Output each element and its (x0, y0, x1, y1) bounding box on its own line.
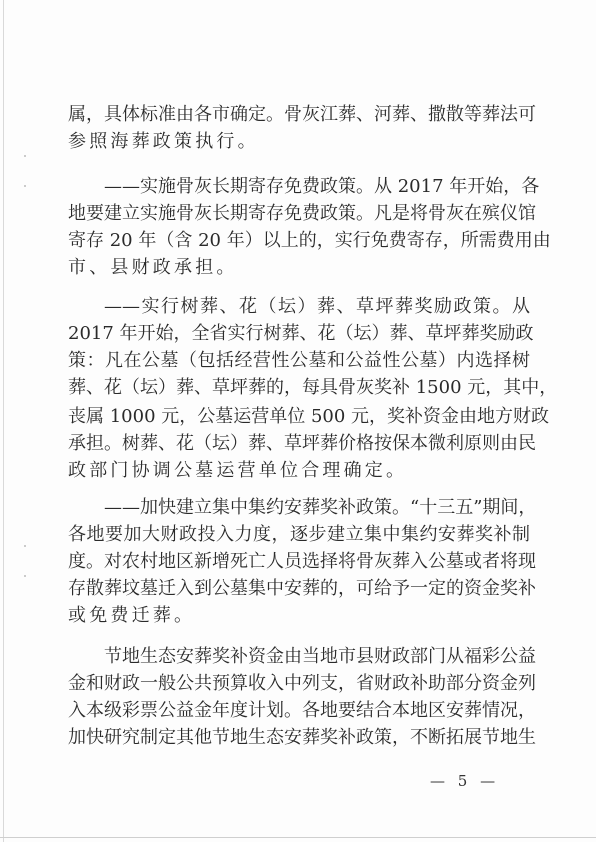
text-line: 金和财政一般公共预算收入中列支，省财政补助部分资金列 (68, 673, 530, 695)
text-line: 承担。树葬、花（坛）葬、草坪葬价格按保本微利原则由民 (68, 433, 530, 455)
text-line: 各地要加大财政投入力度，逐步建立集中集约安葬奖补制 (68, 524, 530, 546)
text-line: 2017 年开始，全省实行树葬、花（坛）葬、草坪葬奖励政 (68, 323, 530, 345)
text-line: 度。对农村地区新增死亡人员选择将骨灰葬入公墓或者将现 (68, 551, 530, 573)
text-line: 或免费迁葬。 (68, 605, 530, 627)
text-line: 策：凡在公墓（包括经营性公墓和公益性公墓）内选择树 (68, 350, 530, 372)
text-line: 加快研究制定其他节地生态安葬奖补政策，不断拓展节地生 (68, 727, 530, 749)
page-left-edge (3, 0, 4, 842)
text-line: 丧属 1000 元，公墓运营单位 500 元，奖补资金由地方财政 (68, 406, 530, 428)
text-line: ——实行树葬、花（坛）葬、草坪葬奖励政策。从 (104, 296, 530, 318)
text-line: 寄存 20 年（含 20 年）以上的，实行免费寄存，所需费用由 (68, 230, 530, 252)
document-page: 属，具体标准由各市确定。骨灰江葬、河葬、撒散等葬法可 参照海葬政策执行。 ——实… (0, 0, 596, 842)
text-line: 参照海葬政策执行。 (68, 131, 530, 153)
text-line: ——加快建立集中集约安葬奖补政策。“十三五”期间， (104, 497, 530, 519)
text-line: 葬、花（坛）葬、草坪葬的，每具骨灰奖补 1500 元，其中， (68, 377, 530, 399)
text-line: 市、县财政承担。 (68, 257, 530, 279)
text-line: 政部门协调公墓运营单位合理确定。 (68, 460, 530, 482)
text-line: 地要建立实施骨灰长期寄存免费政策。凡是将骨灰在殡仪馆 (68, 203, 530, 225)
binding-hole-mark (24, 545, 26, 547)
text-line: 存散葬坟墓迁入到公墓集中安葬的，可给予一定的资金奖补 (68, 578, 530, 600)
text-line: 属，具体标准由各市确定。骨灰江葬、河葬、撒散等葬法可 (68, 104, 530, 126)
text-line: ——实施骨灰长期寄存免费政策。从 2017 年开始，各 (104, 176, 530, 198)
binding-hole-mark (24, 155, 26, 157)
text-line: 节地生态安葬奖补资金由当地市县财政部门从福彩公益 (104, 646, 530, 668)
page-bottom-edge (0, 837, 596, 838)
binding-hole-mark (24, 185, 26, 187)
binding-hole-mark (24, 575, 26, 577)
text-line: 入本级彩票公益金年度计划。各地要结合本地区安葬情况， (68, 700, 530, 722)
page-number-text: — 5 — (430, 772, 499, 790)
